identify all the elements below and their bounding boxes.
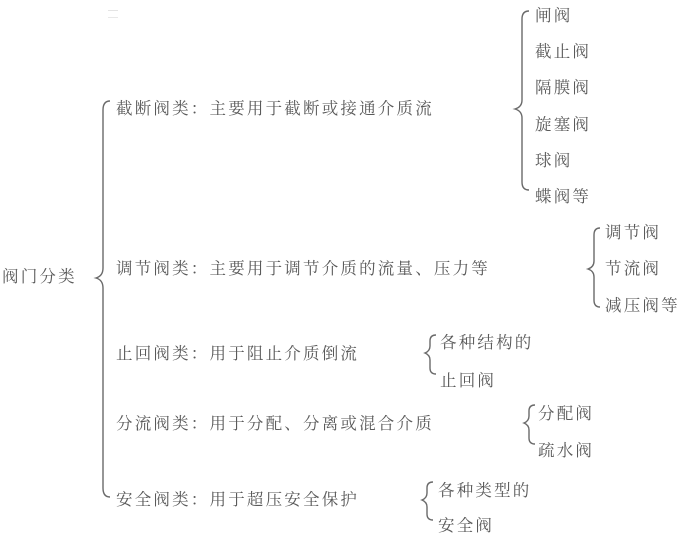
item-check-structures: 各种结构的 (440, 333, 534, 353)
item-pressure-reducing-valve: 减压阀等 (605, 296, 680, 316)
category-check: 止回阀类：用于阻止介质倒流 (116, 344, 359, 364)
category-diverting: 分流阀类：用于分配、分离或混合介质 (116, 414, 434, 434)
item-steam-trap: 疏水阀 (538, 441, 594, 461)
category-safety: 安全阀类：用于超压安全保护 (116, 490, 359, 510)
item-globe-valve: 截止阀 (535, 42, 591, 62)
item-control-valve: 调节阀 (605, 223, 661, 243)
brace-diverting (524, 405, 535, 444)
brace-check (425, 335, 436, 374)
category-shutoff: 截断阀类：主要用于截断或接通介质流 (116, 99, 434, 119)
brace-safety (422, 482, 433, 520)
item-safety-valve: 安全阀 (438, 516, 494, 536)
brace-regulating (588, 228, 600, 307)
main-brace (96, 101, 110, 497)
item-safety-types: 各种类型的 (438, 481, 532, 501)
item-diaphragm-valve: 隔膜阀 (535, 78, 591, 98)
category-regulating: 调节阀类：主要用于调节介质的流量、压力等 (116, 259, 490, 279)
item-gate-valve: 闸阀 (535, 6, 572, 26)
root-label: 阀门分类 (2, 267, 77, 287)
item-plug-valve: 旋塞阀 (535, 115, 591, 135)
brace-shutoff (515, 11, 529, 190)
item-check-valve: 止回阀 (440, 371, 496, 391)
item-distribution-valve: 分配阀 (538, 404, 594, 424)
item-throttle-valve: 节流阀 (605, 259, 661, 279)
item-butterfly-valve: 蝶阀等 (535, 187, 591, 207)
item-ball-valve: 球阀 (535, 151, 572, 171)
